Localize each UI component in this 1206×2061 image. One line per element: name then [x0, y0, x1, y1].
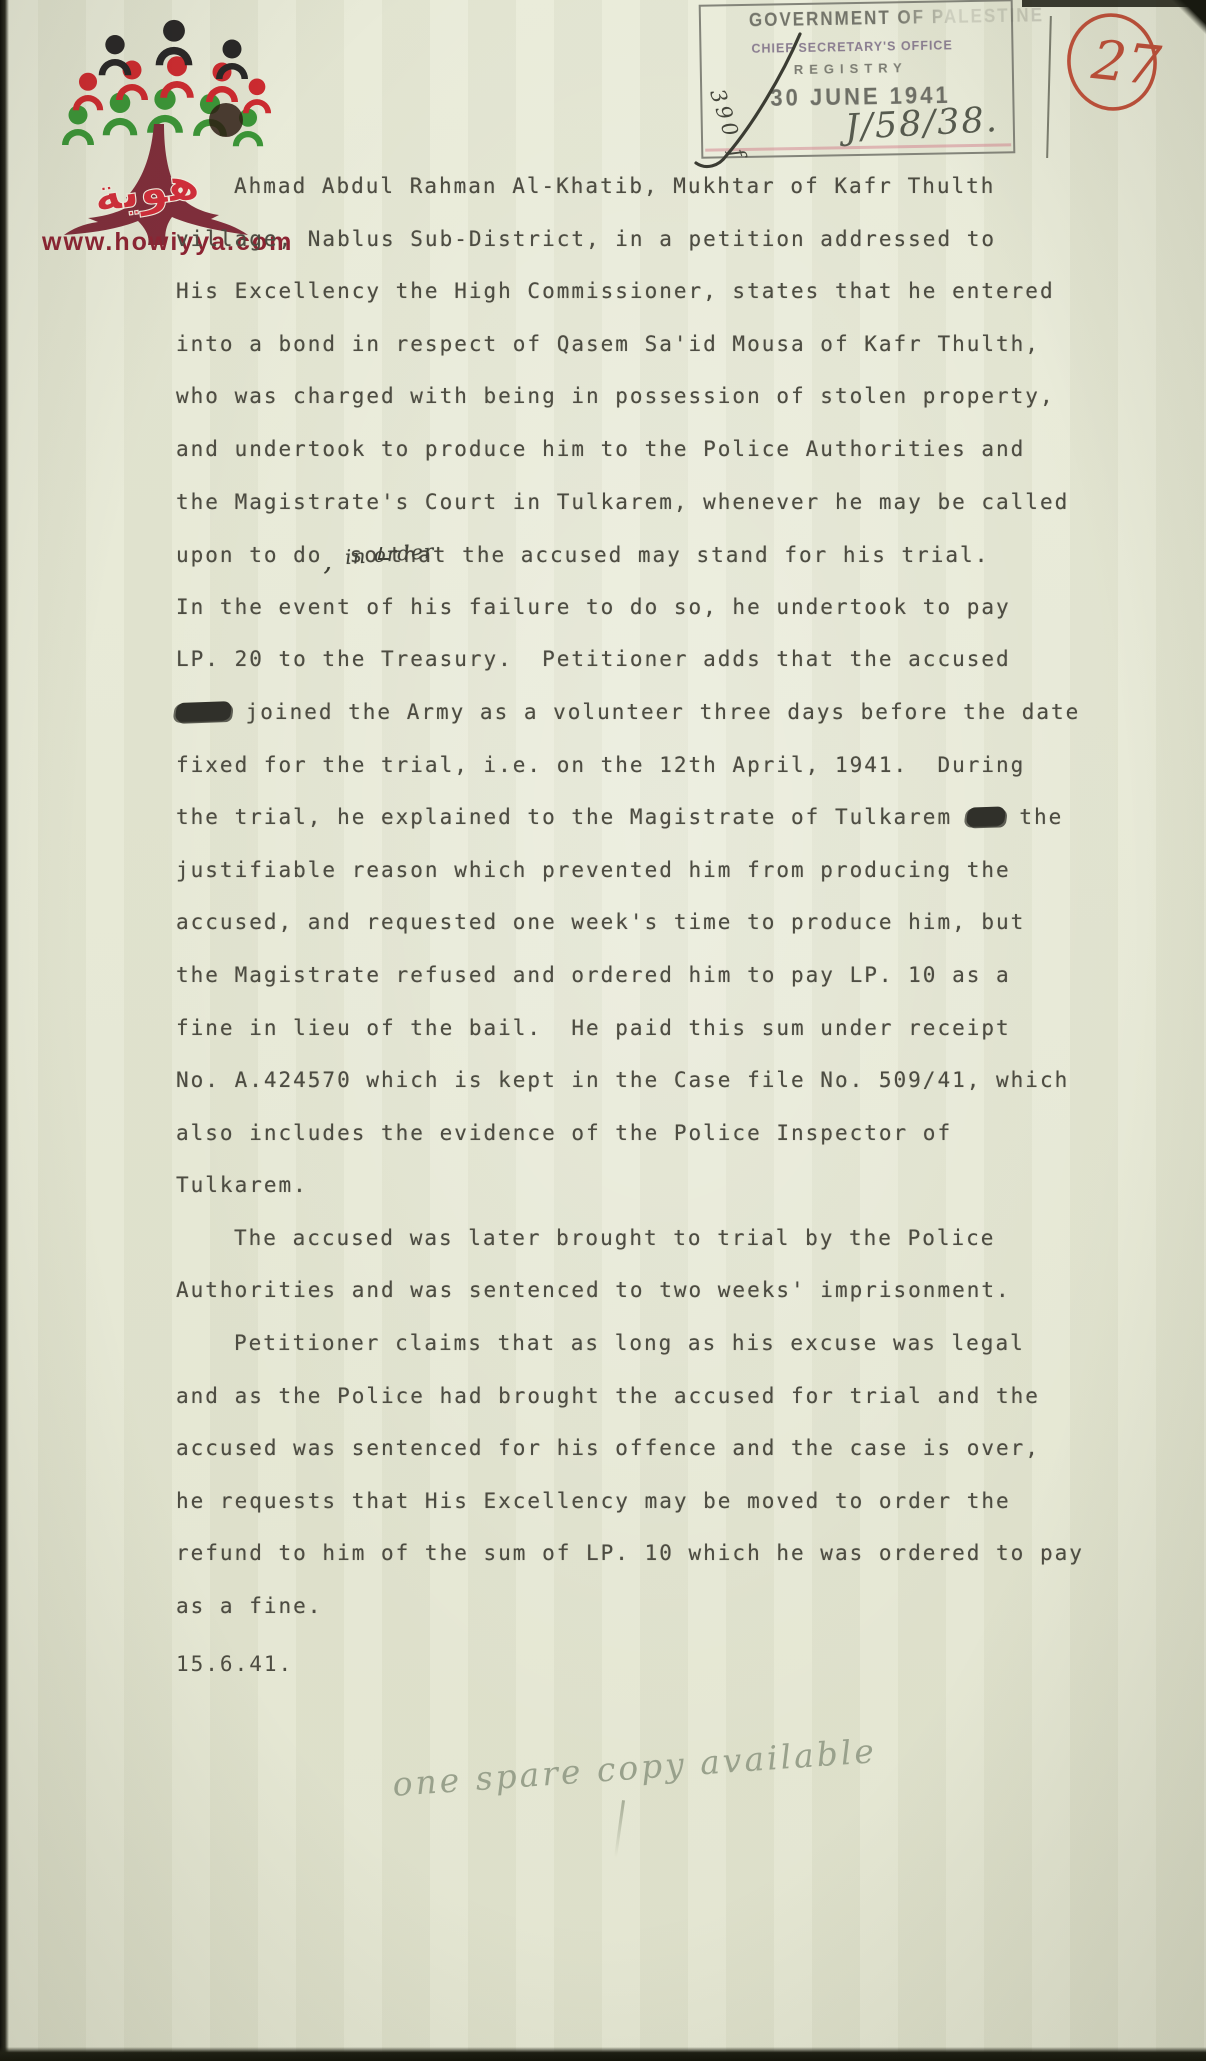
typed-line: the Magistrate refused and ordered him t…	[176, 949, 1082, 1002]
typed-line: and as the Police had brought the accuse…	[176, 1370, 1082, 1423]
typed-line: who was charged with being in possession…	[176, 370, 1082, 423]
typed-line: the trial, he explained to the Magistrat…	[176, 791, 1082, 844]
typed-line: Authorities and was sentenced to two wee…	[176, 1264, 1082, 1317]
dark-smudge	[209, 103, 243, 137]
typed-line: fine in lieu of the bail. He paid this s…	[176, 1002, 1082, 1055]
scan-edge-left	[0, 0, 9, 2061]
typed-line: Tulkarem.	[176, 1159, 1082, 1212]
typed-line: His Excellency the High Commissioner, st…	[176, 265, 1082, 318]
stamp-registry-line: REGISTRY	[794, 60, 908, 77]
typed-line: and undertook to produce him to the Poli…	[176, 423, 1082, 476]
typed-line: as a fine.	[176, 1580, 1082, 1633]
typed-line: upon to do, soin orderthat the accused m…	[176, 528, 1082, 581]
stamp-office-line: CHIEF SECRETARY'S OFFICE	[751, 38, 953, 56]
typed-line: Ahmad Abdul Rahman Al-Khatib, Mukhtar of…	[176, 160, 1082, 213]
handwritten-comma: ,	[323, 546, 334, 577]
page-number: 27	[1088, 28, 1165, 98]
scan-edge-bottom	[0, 2047, 1206, 2061]
typed-line: fixed for the trial, i.e. on the 12th Ap…	[176, 739, 1082, 792]
typed-line: village, Nablus Sub-District, in a petit…	[176, 213, 1082, 266]
typed-line: also includes the evidence of the Police…	[176, 1107, 1082, 1160]
typed-line: refund to him of the sum of LP. 10 which…	[176, 1527, 1082, 1580]
typed-line: Petitioner claims that as long as his ex…	[176, 1317, 1082, 1370]
typed-line: joined the Army as a volunteer three day…	[176, 686, 1082, 739]
typed-line: LP. 20 to the Treasury. Petitioner adds …	[176, 633, 1082, 686]
ink-blot	[175, 701, 233, 722]
typed-body: Ahmad Abdul Rahman Al-Khatib, Mukhtar of…	[176, 160, 1082, 1633]
typed-line: he requests that His Excellency may be m…	[176, 1475, 1082, 1528]
typed-line: accused was sentenced for his offence an…	[176, 1422, 1082, 1475]
typed-line: the Magistrate's Court in Tulkarem, when…	[176, 476, 1082, 529]
document-date: 15.6.41.	[176, 1652, 293, 1676]
typed-line: In the event of his failure to do so, he…	[176, 581, 1082, 634]
typed-line: No. A.424570 which is kept in the Case f…	[176, 1054, 1082, 1107]
typed-line: justifiable reason which prevented him f…	[176, 844, 1082, 897]
typed-line: accused, and requested one week's time t…	[176, 896, 1082, 949]
typed-line: into a bond in respect of Qasem Sa'id Mo…	[176, 318, 1082, 371]
scan-corner-top-right	[1162, 0, 1206, 48]
stamp-org-line: GOVERNMENT OF PALESTINE	[749, 5, 1044, 33]
insertion-text: in order	[343, 525, 436, 584]
ink-blot	[965, 806, 1006, 826]
handwritten-file-number: J/58/38.	[844, 100, 1000, 148]
typed-line: The accused was later brought to trial b…	[176, 1212, 1082, 1265]
